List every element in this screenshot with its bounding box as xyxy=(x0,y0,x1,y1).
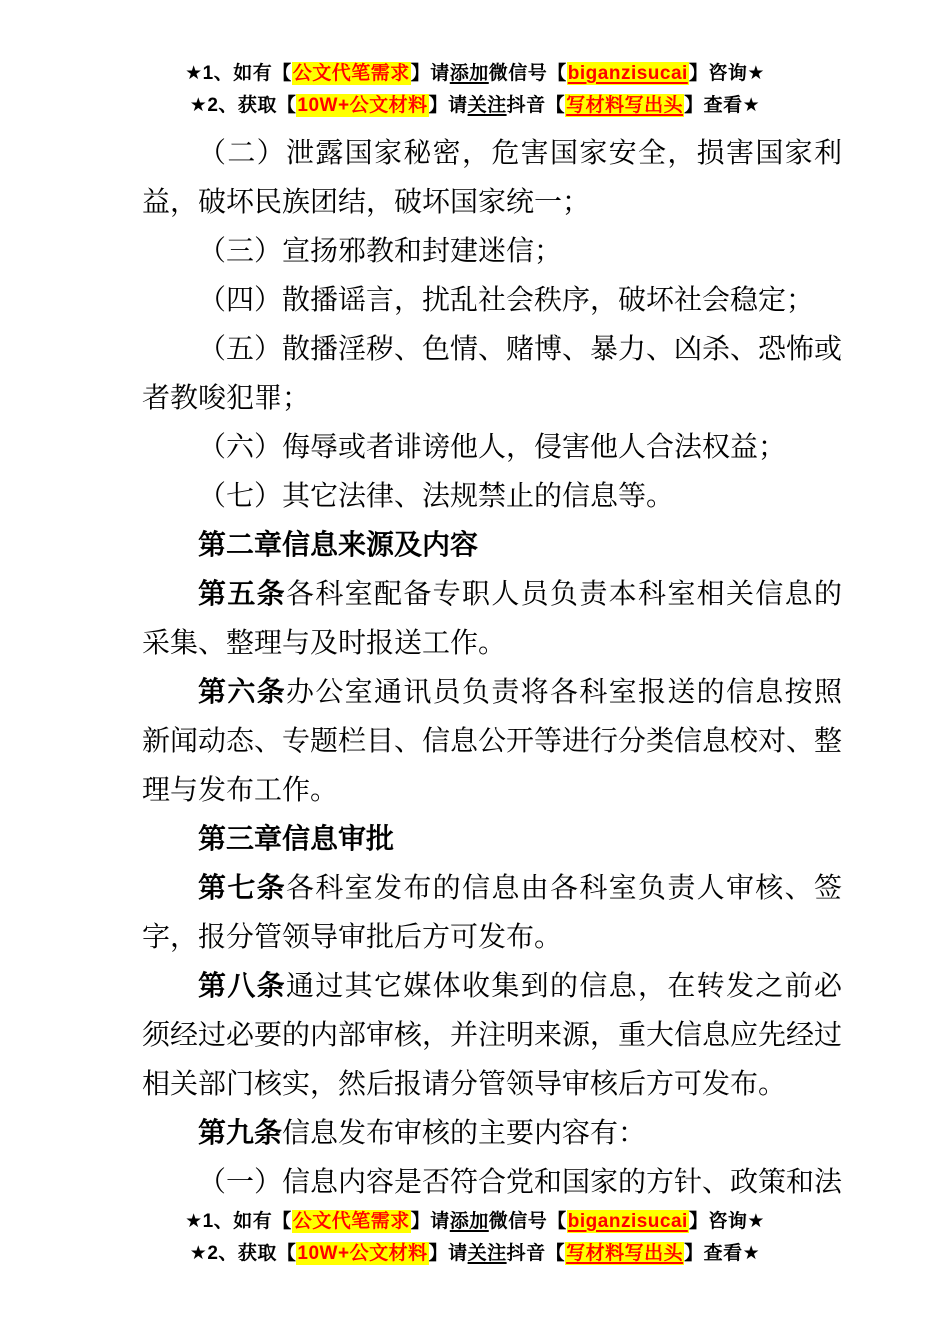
banner-suffix: 】咨询★ xyxy=(689,1211,765,1232)
clause-number: 第七条 xyxy=(198,872,286,903)
chapter-heading-3: 第三章信息审批 xyxy=(142,814,842,863)
paragraph-text: （二）泄露国家秘密，危害国家安全，损害国家利益，破坏民族团结，破坏国家统一； xyxy=(142,137,842,217)
highlighted-wechat-id: biganzisucai xyxy=(567,62,689,85)
highlighted-douyin-id: 写材料写出头 xyxy=(565,1242,684,1265)
paragraph-text: （四）散播谣言，扰乱社会秩序，破坏社会稳定； xyxy=(198,284,814,315)
underlined-action: 添加 xyxy=(450,63,489,84)
footer-banner: ★1、如有【公文代笔需求】请添加微信号【biganzisucai】咨询★ ★2、… xyxy=(0,1206,950,1270)
clause-number: 第六条 xyxy=(198,676,286,707)
document-body: （二）泄露国家秘密，危害国家安全，损害国家利益，破坏民族团结，破坏国家统一； （… xyxy=(142,128,842,1206)
highlighted-keyword: 公文代笔需求 xyxy=(292,1210,411,1233)
underlined-action: 添加 xyxy=(450,1211,489,1232)
header-banner-line-2: ★2、获取【10W+公文材料】请关注抖音【写材料写出头】查看★ xyxy=(0,90,950,122)
footer-banner-line-1: ★1、如有【公文代笔需求】请添加微信号【biganzisucai】咨询★ xyxy=(0,1206,950,1238)
list-item-2: （二）泄露国家秘密，危害国家安全，损害国家利益，破坏民族团结，破坏国家统一； xyxy=(142,128,842,226)
banner-text: 】请 xyxy=(429,1243,468,1264)
banner-text: 】请 xyxy=(411,63,450,84)
header-banner-line-1: ★1、如有【公文代笔需求】请添加微信号【biganzisucai】咨询★ xyxy=(0,58,950,90)
heading-text: 第三章信息审批 xyxy=(198,823,394,854)
banner-prefix: ★2、获取【 xyxy=(190,1243,297,1264)
banner-suffix: 】查看★ xyxy=(684,1243,760,1264)
clause-7: 第七条各科室发布的信息由各科室负责人审核、签字，报分管领导审批后方可发布。 xyxy=(142,863,842,961)
underlined-action: 关注 xyxy=(468,95,507,116)
list-item-6: （六）侮辱或者诽谤他人，侵害他人合法权益； xyxy=(142,422,842,471)
list-item-5: （五）散播淫秽、色情、赌博、暴力、凶杀、恐怖或者教唆犯罪； xyxy=(142,324,842,422)
paragraph-text: （六）侮辱或者诽谤他人，侵害他人合法权益； xyxy=(198,431,786,462)
paragraph-text: （一）信息内容是否符合党和国家的方针、政策和法 xyxy=(198,1166,842,1197)
clause-number: 第九条 xyxy=(198,1117,282,1148)
list-item-3: （三）宣扬邪教和封建迷信； xyxy=(142,226,842,275)
list-item-1: （一）信息内容是否符合党和国家的方针、政策和法 xyxy=(142,1157,842,1206)
banner-text: 抖音【 xyxy=(507,95,566,116)
banner-text: 】请 xyxy=(411,1211,450,1232)
banner-text: 】请 xyxy=(429,95,468,116)
footer-banner-line-2: ★2、获取【10W+公文材料】请关注抖音【写材料写出头】查看★ xyxy=(0,1238,950,1270)
clause-6: 第六条办公室通讯员负责将各科室报送的信息按照新闻动态、专题栏目、信息公开等进行分… xyxy=(142,667,842,814)
banner-text: 微信号【 xyxy=(489,63,567,84)
header-banner: ★1、如有【公文代笔需求】请添加微信号【biganzisucai】咨询★ ★2、… xyxy=(0,58,950,122)
banner-prefix: ★1、如有【 xyxy=(185,1211,292,1232)
banner-suffix: 】查看★ xyxy=(684,95,760,116)
paragraph-text: 信息发布审核的主要内容有： xyxy=(282,1117,646,1148)
banner-suffix: 】咨询★ xyxy=(689,63,765,84)
underlined-action: 关注 xyxy=(468,1243,507,1264)
clause-9: 第九条信息发布审核的主要内容有： xyxy=(142,1108,842,1157)
highlighted-keyword: 公文代笔需求 xyxy=(292,62,411,85)
paragraph-text: （三）宣扬邪教和封建迷信； xyxy=(198,235,562,266)
clause-5: 第五条各科室配备专职人员负责本科室相关信息的采集、整理与及时报送工作。 xyxy=(142,569,842,667)
clause-number: 第八条 xyxy=(198,970,286,1001)
highlighted-keyword: 10W+公文材料 xyxy=(296,1242,428,1265)
banner-text: 微信号【 xyxy=(489,1211,567,1232)
heading-text: 第二章信息来源及内容 xyxy=(198,529,478,560)
highlighted-keyword: 10W+公文材料 xyxy=(296,94,428,117)
chapter-heading-2: 第二章信息来源及内容 xyxy=(142,520,842,569)
highlighted-douyin-id: 写材料写出头 xyxy=(565,94,684,117)
banner-text: 抖音【 xyxy=(507,1243,566,1264)
document-page: ★1、如有【公文代笔需求】请添加微信号【biganzisucai】咨询★ ★2、… xyxy=(0,0,950,1344)
clause-8: 第八条通过其它媒体收集到的信息，在转发之前必须经过必要的内部审核，并注明来源，重… xyxy=(142,961,842,1108)
clause-number: 第五条 xyxy=(198,578,286,609)
paragraph-text: （七）其它法律、法规禁止的信息等。 xyxy=(198,480,674,511)
list-item-7: （七）其它法律、法规禁止的信息等。 xyxy=(142,471,842,520)
list-item-4: （四）散播谣言，扰乱社会秩序，破坏社会稳定； xyxy=(142,275,842,324)
banner-prefix: ★2、获取【 xyxy=(190,95,297,116)
paragraph-text: （五）散播淫秽、色情、赌博、暴力、凶杀、恐怖或者教唆犯罪； xyxy=(142,333,842,413)
banner-prefix: ★1、如有【 xyxy=(185,63,292,84)
highlighted-wechat-id: biganzisucai xyxy=(567,1210,689,1233)
